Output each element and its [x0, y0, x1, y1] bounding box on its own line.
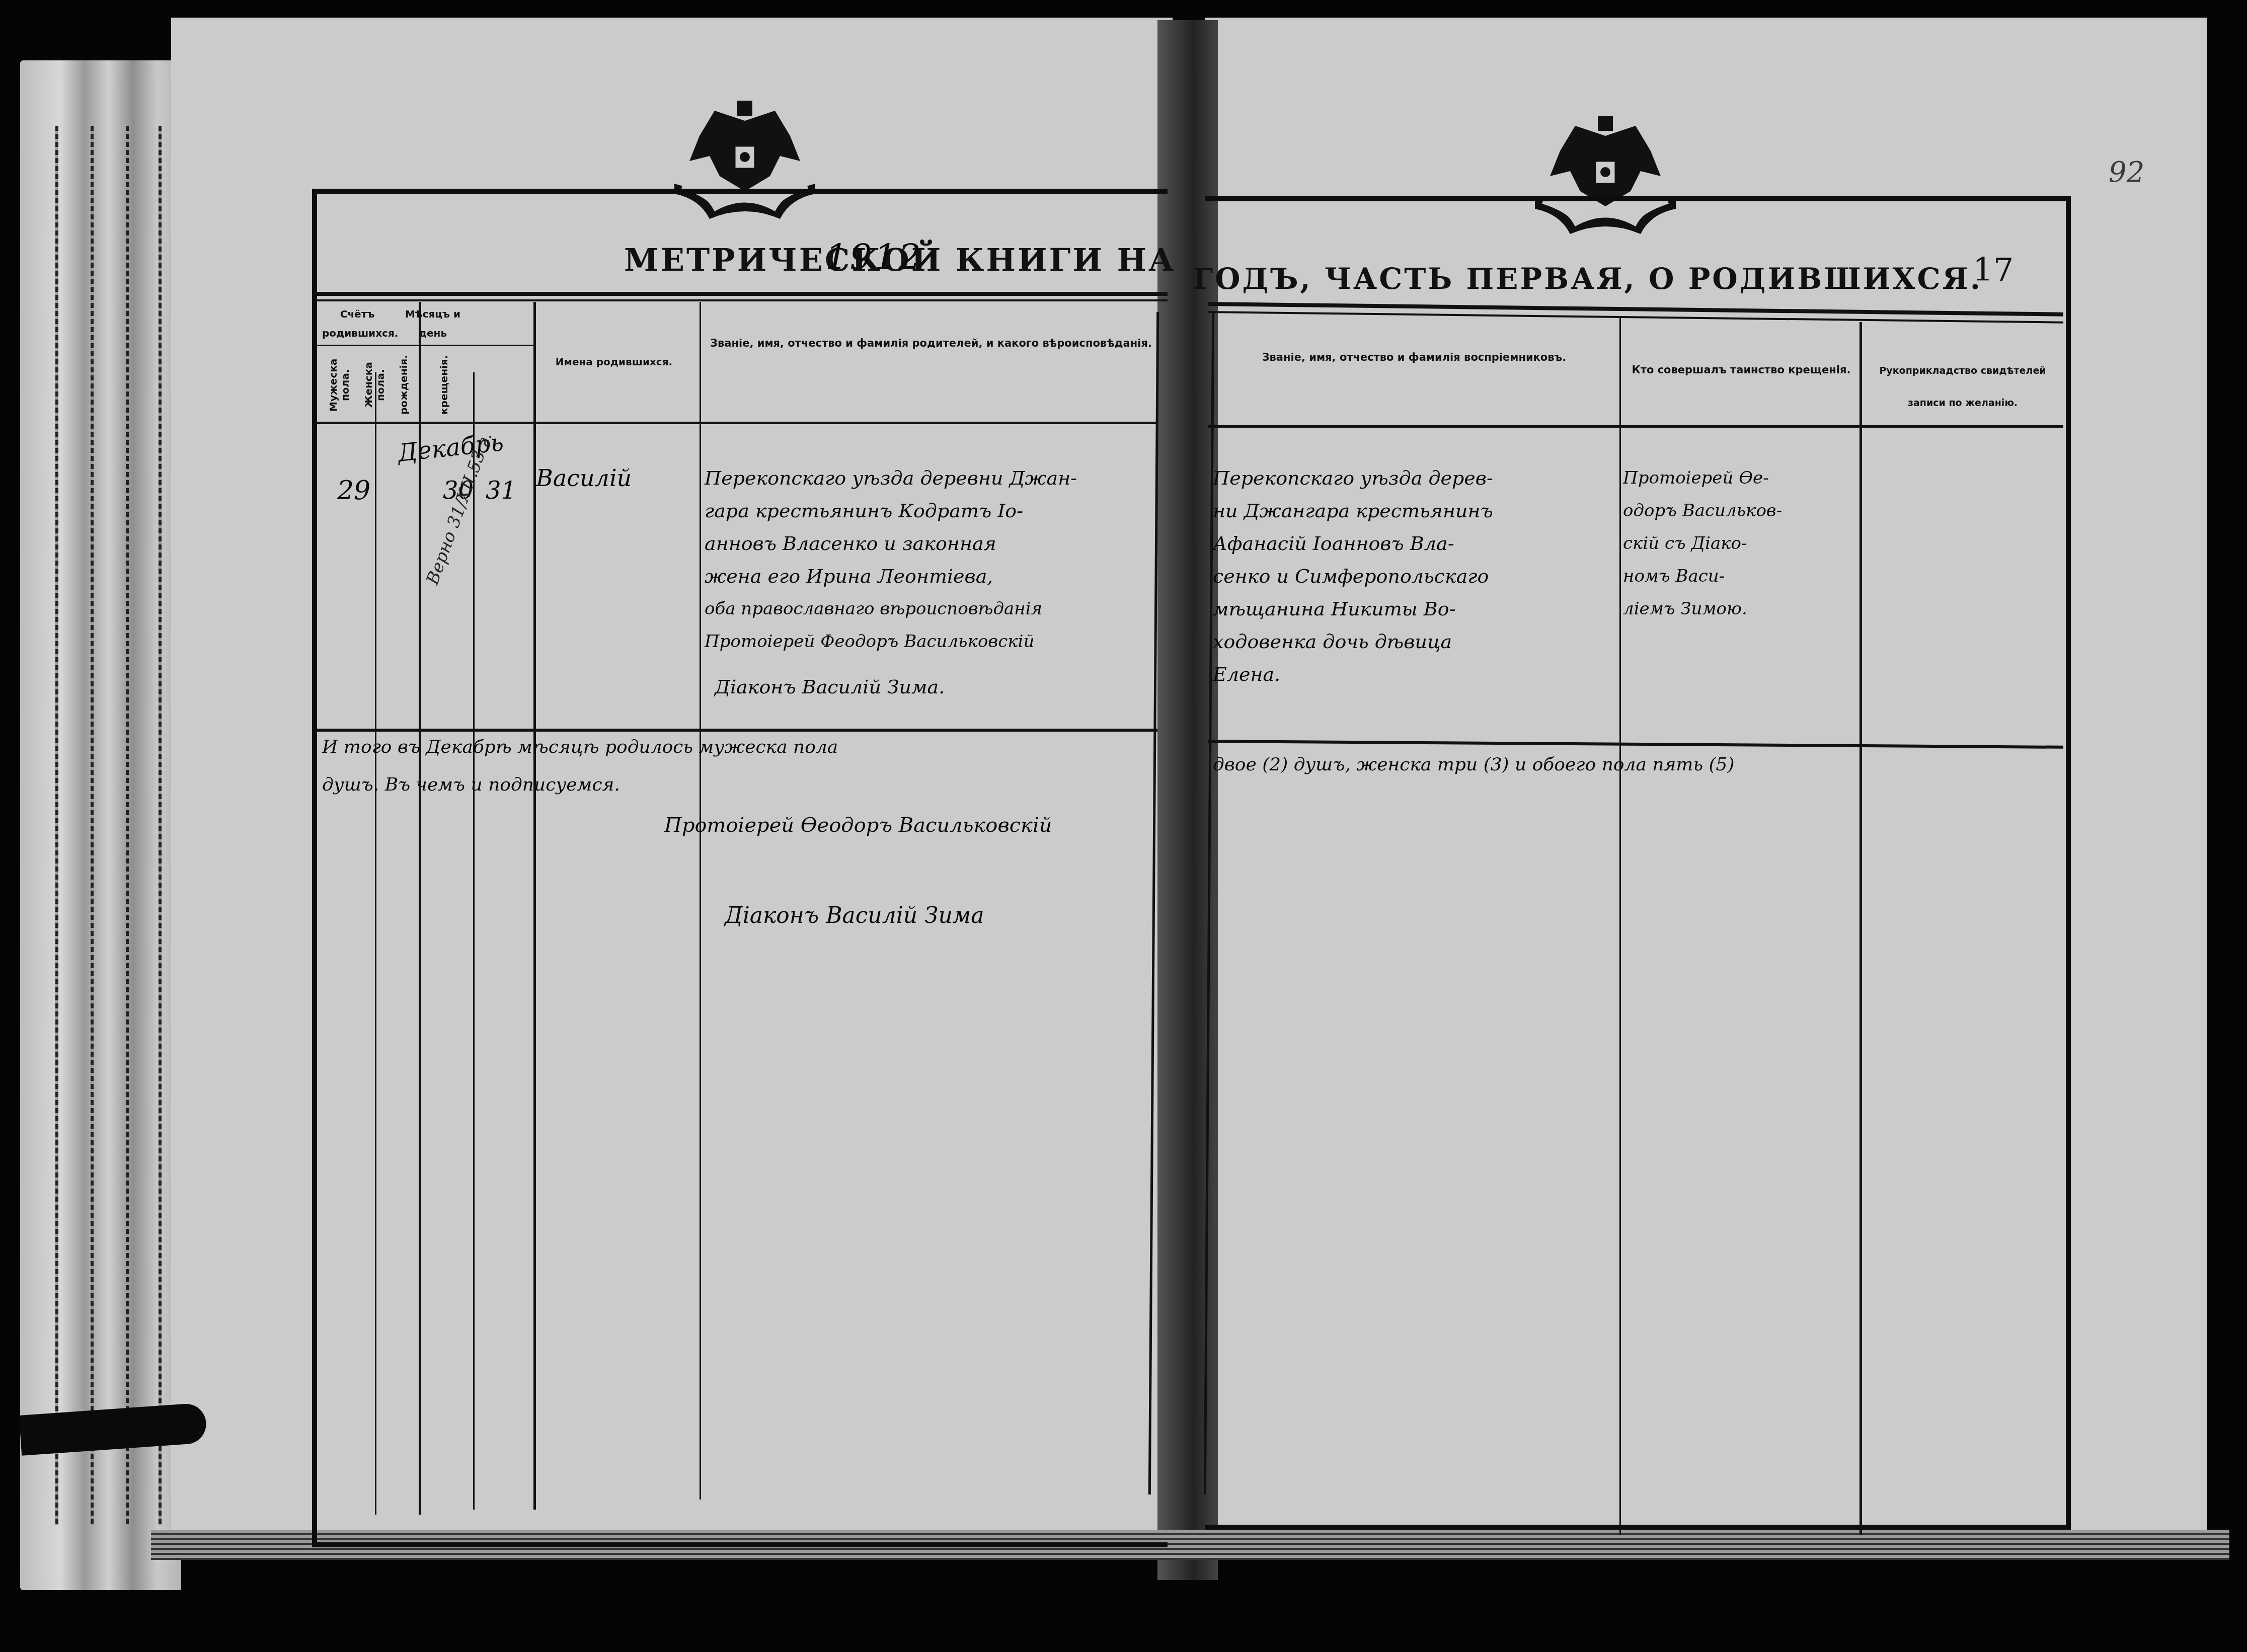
deacon-signature: Діаконъ Василій Зима: [725, 901, 984, 931]
summary-line-left: И того въ Декабрѣ мѣсяцѣ родилось мужеск…: [322, 732, 838, 762]
male-count-cell: 29: [337, 476, 370, 506]
register-title-right: ГОДЪ, ЧАСТЬ ПЕРВАЯ, О РОДИВШИХСЯ.: [1193, 262, 1982, 296]
header-officiant: Кто совершалъ таинство крещенія.: [1631, 355, 1852, 385]
stack-stitch: [159, 126, 162, 1525]
baptism-day-cell: 31: [486, 476, 516, 506]
header-parents: Званіе, имя, отчество и фамилія родителе…: [705, 327, 1157, 359]
parents-line: Протоіерей Феодоръ Васильковскій: [705, 626, 1034, 657]
child-name-cell: Василій: [536, 463, 632, 493]
godparents-line: Афанасій Іоанновъ Вла-: [1213, 528, 1454, 559]
subheader-rule: [317, 345, 533, 346]
column-divider: [1619, 317, 1621, 1535]
register-year: 1912: [825, 237, 923, 278]
book-scan: МЕТРИЧЕСКОЙ КНИГИ НА 1912 ГОДЪ, ЧАСТЬ ПЕ…: [0, 0, 2247, 1652]
summary-line-2: душъ. Въ чемъ и подписуемся.: [322, 770, 620, 800]
officiant-line: номъ Васи-: [1623, 561, 1725, 591]
officiant-line: Протоіерей Ѳе-: [1623, 463, 1769, 493]
officiant-line: ліемъ Зимою.: [1623, 594, 1747, 624]
column-divider: [700, 302, 701, 1500]
header-names: Имена родившихся.: [533, 352, 694, 371]
summary-line-right: двое (2) душъ, женска три (3) и обоего п…: [1213, 750, 1735, 780]
pencil-folio-number: 92: [2109, 156, 2144, 189]
header-date-baptism: крещенія.: [438, 352, 458, 418]
column-divider: [1859, 322, 1862, 1535]
stack-stitch: [91, 126, 94, 1525]
page-stack-edge: [20, 60, 181, 1590]
stack-stitch: [126, 126, 129, 1525]
entry-separator-rule: [317, 729, 1157, 732]
godparents-line: Перекопскаго уѣзда дерев-: [1213, 463, 1493, 493]
header-rule: [317, 299, 1168, 301]
parents-line: жена его Ирина Леонтіева,: [705, 561, 993, 591]
officiant-line: скій съ Діако-: [1623, 528, 1747, 559]
deacon-signature-line: Діаконъ Василій Зима.: [715, 672, 945, 702]
godparents-line: сенко и Симферопольскаго: [1213, 561, 1489, 591]
header-bottom-rule: [317, 422, 1157, 424]
officiant-line: одоръ Васильков-: [1623, 496, 1782, 526]
priest-signature: Протоіерей Ѳеодоръ Васильковскій: [664, 810, 1052, 840]
column-divider: [375, 372, 376, 1515]
page-number: 17: [1973, 252, 2013, 289]
header-rule: [317, 292, 1168, 296]
stack-stitch: [55, 126, 58, 1525]
godparents-line: ни Джангара крестьянинъ: [1213, 496, 1493, 526]
parents-line: гара крестьянинъ Кодратъ Іо-: [705, 496, 1023, 526]
header-date-group: Мѣсяцъ и день: [398, 304, 468, 343]
header-signatures: Рукоприкладство свидѣтелей записи по жел…: [1862, 355, 2063, 419]
column-divider: [473, 372, 475, 1510]
parents-line: оба православнаго вѣроисповѣданія: [705, 594, 1042, 624]
header-count-group: Счётъ родившихся.: [322, 304, 393, 343]
header-count-male: Мужеска пола.: [327, 352, 347, 418]
header-bottom-rule: [1208, 425, 2063, 428]
godparents-line: ходовенка дочь дѣвица: [1213, 626, 1452, 657]
header-count-female: Женска пола.: [362, 352, 382, 418]
godparents-line: мѣщанина Никиты Во-: [1213, 594, 1455, 624]
parents-line: Перекопскаго уѣзда деревни Джан-: [705, 463, 1077, 493]
godparents-line: Елена.: [1213, 659, 1280, 689]
header-godparents: Званіе, имя, отчество и фамилія воспріем…: [1218, 342, 1610, 372]
parents-line: анновъ Власенко и законная: [705, 528, 996, 559]
column-divider: [419, 302, 421, 1515]
header-date-birth: рожденія.: [398, 352, 418, 418]
